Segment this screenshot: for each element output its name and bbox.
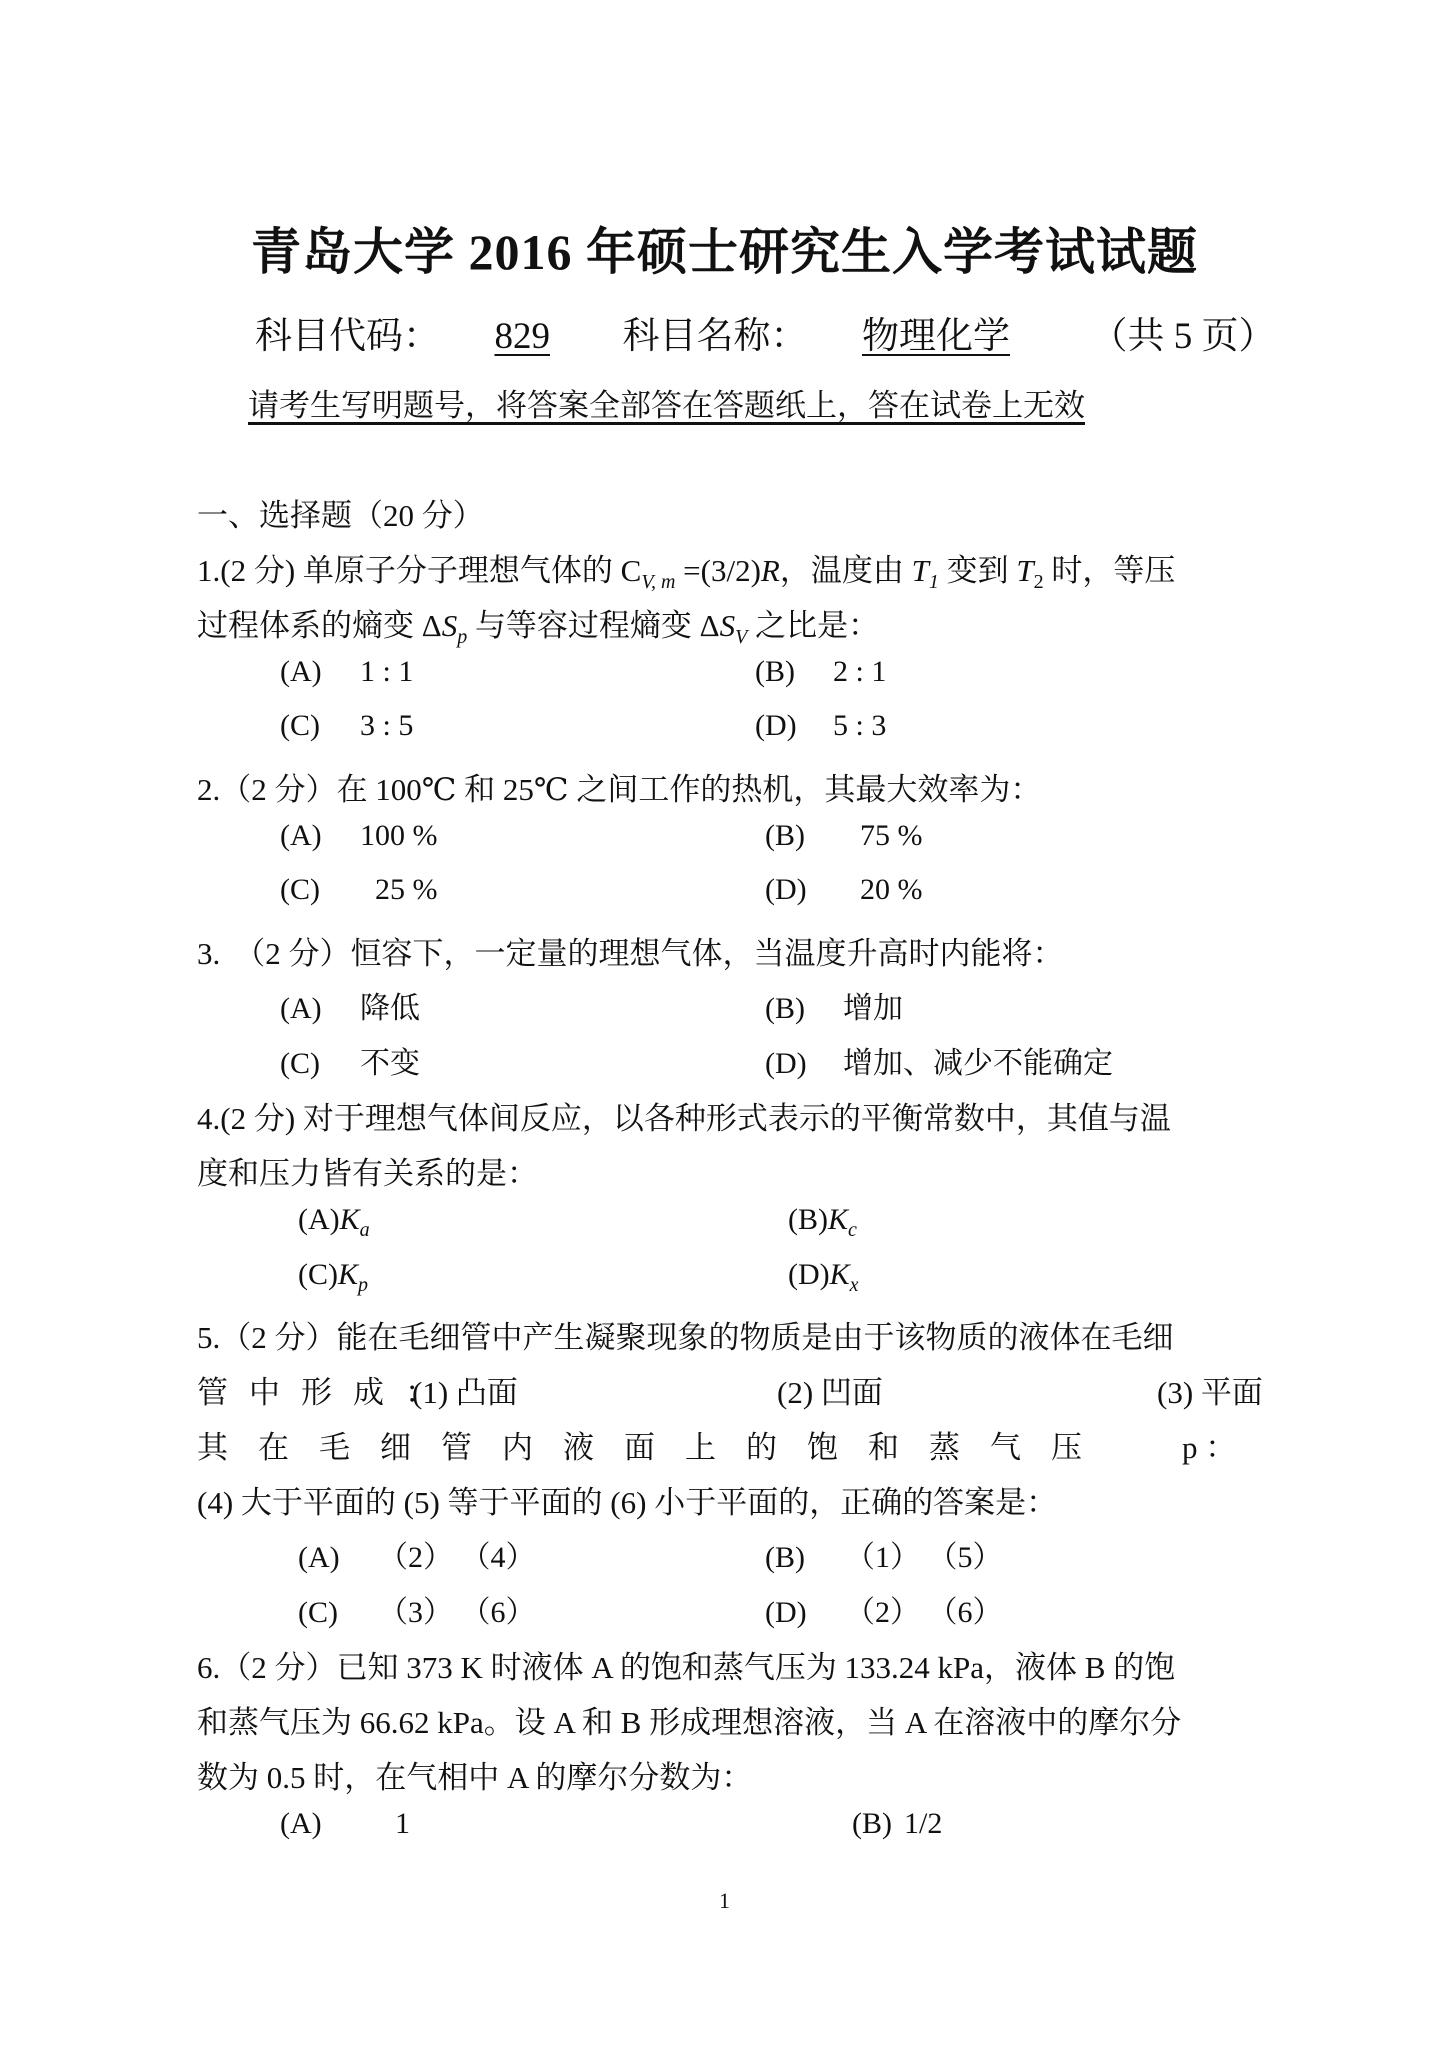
page-number: 1	[0, 1888, 1449, 1914]
q5-option-d: (D)（2） （6）	[765, 1587, 1003, 1631]
q3-option-a: (A)降低	[280, 983, 420, 1027]
question-2-line-1: 2.（2 分）在 100℃ 和 25℃ 之间工作的热机，其最大效率为：	[197, 764, 1041, 809]
subject-code-label: 科目代码：	[255, 305, 440, 359]
q5-option-a: (A)（2） （4）	[298, 1532, 536, 1576]
q4-option-d: (D)Kx	[788, 1258, 859, 1297]
question-4-line-1: 4.(2 分) 对于理想气体间反应，以各种形式表示的平衡常数中，其值与温	[197, 1093, 1171, 1138]
question-6-line-3: 数为 0.5 时，在气相中 A 的摩尔分数为：	[197, 1752, 752, 1797]
q1-option-b: (B)2 : 1	[755, 655, 886, 689]
q4-option-c: (C)Kp	[298, 1258, 368, 1297]
q4-option-a: (A)Ka	[298, 1203, 370, 1242]
exam-title: 青岛大学 2016 年硕士研究生入学考试试题	[0, 212, 1449, 284]
subject-name: 物理化学	[862, 305, 1010, 359]
subject-name-label: 科目名称：	[623, 305, 808, 359]
question-5-line-2: 管中形成： (1) 凸面 (2) 凹面 (3) 平面	[197, 1367, 1257, 1412]
subject-code: 829	[481, 315, 557, 358]
q1-option-a: (A)1 : 1	[280, 655, 413, 689]
question-1-line-1: 1.(2 分) 单原子分子理想气体的 CV, m =(3/2)R，温度由 T1 …	[197, 545, 1175, 594]
question-5-line-1: 5.（2 分）能在毛细管中产生凝聚现象的物质是由于该物质的液体在毛细	[197, 1312, 1174, 1357]
q5-option-c: (C)（3） （6）	[298, 1587, 536, 1631]
subject-line: 科目代码： 829 科目名称： 物理化学 （共 5 页）	[255, 305, 1276, 359]
question-5-line-3: 其在毛细管内液面上的饱和蒸气压 p ：	[197, 1422, 1257, 1467]
section-title: 一、选择题（20 分）	[197, 490, 484, 535]
q5-option-b: (B)（1） （5）	[765, 1532, 1003, 1576]
question-6-line-2: 和蒸气压为 66.62 kPa。设 A 和 B 形成理想溶液，当 A 在溶液中的…	[197, 1697, 1181, 1742]
question-1-line-2: 过程体系的熵变 ΔSp 与等容过程熵变 ΔSV 之比是：	[197, 600, 879, 649]
question-6-line-1: 6.（2 分）已知 373 K 时液体 A 的饱和蒸气压为 133.24 kPa…	[197, 1642, 1175, 1687]
q2-option-d: (D)20 %	[765, 873, 923, 907]
question-5-line-4: (4) 大于平面的 (5) 等于平面的 (6) 小于平面的，正确的答案是：	[197, 1477, 1057, 1522]
exam-notice: 请考生写明题号，将答案全部答在答题纸上，答在试卷上无效	[248, 380, 1085, 425]
exam-page: 青岛大学 2016 年硕士研究生入学考试试题 科目代码： 829 科目名称： 物…	[0, 0, 1449, 2048]
q4-option-b: (B)Kc	[788, 1203, 857, 1242]
q2-option-b: (B)75 %	[765, 819, 923, 853]
q6-option-a: (A)1	[280, 1807, 410, 1841]
q2-option-c: (C)25 %	[280, 873, 438, 907]
question-4-line-2: 度和压力皆有关系的是：	[197, 1148, 538, 1193]
question-3-line-1: 3.（2 分）恒容下，一定量的理想气体，当温度升高时内能将：	[197, 928, 1064, 973]
q1-option-d: (D)5 : 3	[755, 709, 886, 743]
q1-option-c: (C)3 : 5	[280, 709, 413, 743]
q6-option-b: (B)1/2	[852, 1807, 942, 1841]
q3-option-c: (C)不变	[280, 1038, 420, 1082]
q2-option-a: (A)100 %	[280, 819, 438, 853]
q3-option-b: (B)增加	[765, 983, 903, 1027]
page-count: （共 5 页）	[1091, 305, 1276, 359]
q3-option-d: (D)增加、减少不能确定	[765, 1038, 1113, 1082]
